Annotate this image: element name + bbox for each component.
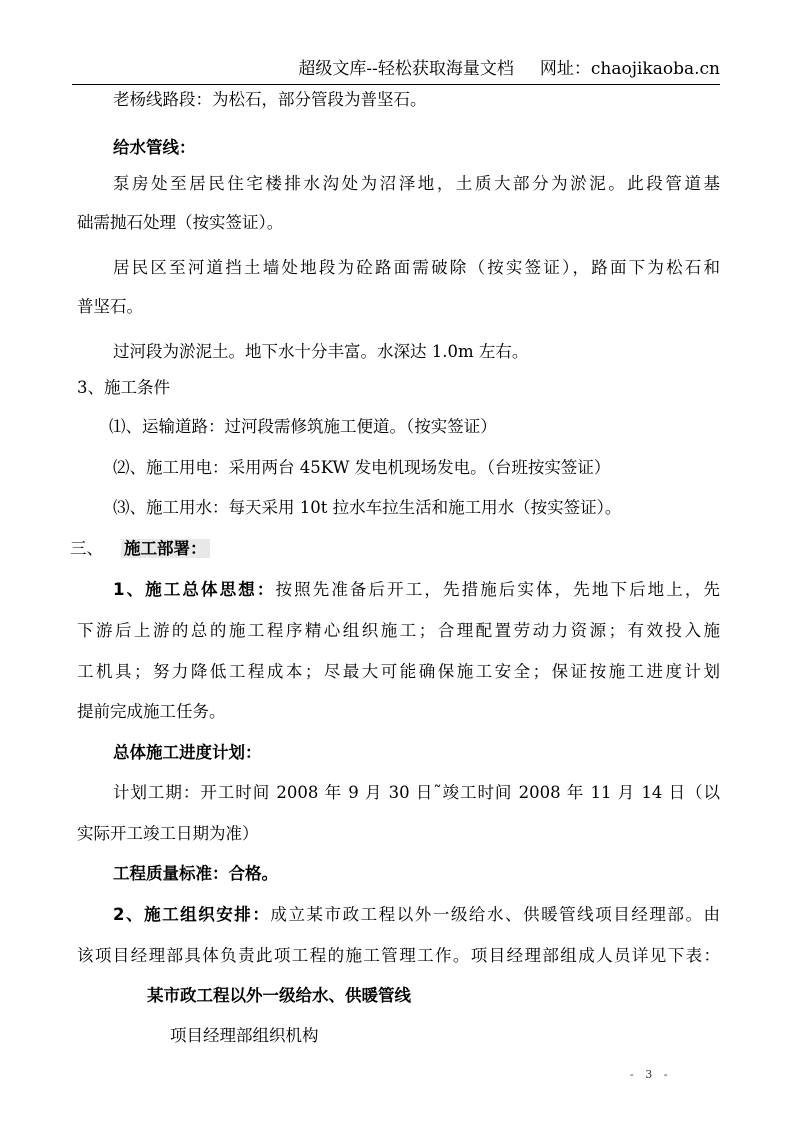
item-2-text: 成立某市政工程以外一级给水、供暖管线项目经理部。由 bbox=[270, 905, 720, 924]
item-1-line1: 1、施工总体思想：按照先准备后开工，先措施后实体，先地下后地上，先 bbox=[113, 578, 720, 602]
item-1-line4: 提前完成施工任务。 bbox=[77, 700, 226, 724]
paragraph-residential-line1: 居民区至河道挡土墙处地段为砼路面需破除（按实签证），路面下为松石和 bbox=[113, 256, 720, 280]
chapter-3-title: 施工部署： bbox=[121, 537, 210, 561]
chapter-3-number: 三、 bbox=[70, 537, 103, 561]
item-2-label: 2、施工组织安排： bbox=[113, 905, 270, 924]
item-1-line2: 下游后上游的总的施工程序精心组织施工；合理配置劳动力资源；有效投入施 bbox=[77, 619, 720, 643]
condition-power: ⑵、施工用电：采用两台 45KW 发电机现场发电。（台班按实签证） bbox=[113, 456, 610, 480]
condition-water: ⑶、施工用水：每天采用 10t 拉水车拉生活和施工用水（按实签证）。 bbox=[113, 496, 621, 520]
schedule-heading: 总体施工进度计划： bbox=[113, 741, 262, 765]
document-page: 超级文库--轻松获取海量文档网址：chaojikaoba.cn 老杨线路段：为松… bbox=[0, 0, 793, 1122]
item-2-line1: 2、施工组织安排：成立某市政工程以外一级给水、供暖管线项目经理部。由 bbox=[113, 903, 720, 927]
condition-transport: ⑴、运输道路：过河段需修筑施工便道。（按实签证） bbox=[109, 415, 497, 439]
item-1-label: 1、施工总体思想： bbox=[113, 580, 275, 599]
item-1-text: 按照先准备后开工，先措施后实体，先地下后地上，先 bbox=[275, 580, 720, 599]
paragraph-river-crossing: 过河段为淤泥土。地下水十分丰富。水深达 1.0m 左右。 bbox=[113, 340, 528, 364]
section-3-heading: 3、施工条件 bbox=[77, 376, 170, 400]
schedule-line2: 实际开工竣工日期为准） bbox=[77, 822, 259, 846]
paragraph-pump-house-line2: 础需抛石处理（按实签证）。 bbox=[77, 211, 283, 235]
paragraph-laoyang-section: 老杨线路段：为松石，部分管段为普坚石。 bbox=[113, 88, 427, 112]
paragraph-pump-house-line1: 泵房处至居民住宅楼排水沟处为沼泽地，土质大部分为淤泥。此段管道基 bbox=[113, 172, 720, 196]
chapter-3-title-text: 施工部署： bbox=[121, 539, 210, 558]
item-1-line3: 工机具；努力降低工程成本；尽最大可能确保施工安全；保证按施工进度计划 bbox=[77, 660, 720, 684]
paragraph-residential-line2: 普坚石。 bbox=[77, 295, 143, 319]
site-name: 超级文库--轻松获取海量文档 bbox=[298, 59, 514, 79]
org-table-subtitle: 项目经理部组织机构 bbox=[170, 1024, 319, 1048]
schedule-line1: 计划工期：开工时间 2008 年 9 月 30 日˜竣工时间 2008 年 11… bbox=[113, 781, 720, 805]
url-label: 网址： bbox=[540, 59, 591, 79]
item-2-line2: 该项目经理部具体负责此项工程的施工管理工作。项目经理部组成人员详见下表： bbox=[77, 944, 720, 968]
org-table-title: 某市政工程以外一级给水、供暖管线 bbox=[147, 984, 411, 1008]
quality-standard: 工程质量标准：合格。 bbox=[113, 862, 278, 886]
site-url: chaojikaoba.cn bbox=[591, 59, 720, 79]
page-number: - 3 - bbox=[630, 1068, 671, 1081]
page-header: 超级文库--轻松获取海量文档网址：chaojikaoba.cn bbox=[72, 56, 720, 85]
water-pipeline-heading: 给水管线： bbox=[113, 136, 196, 160]
